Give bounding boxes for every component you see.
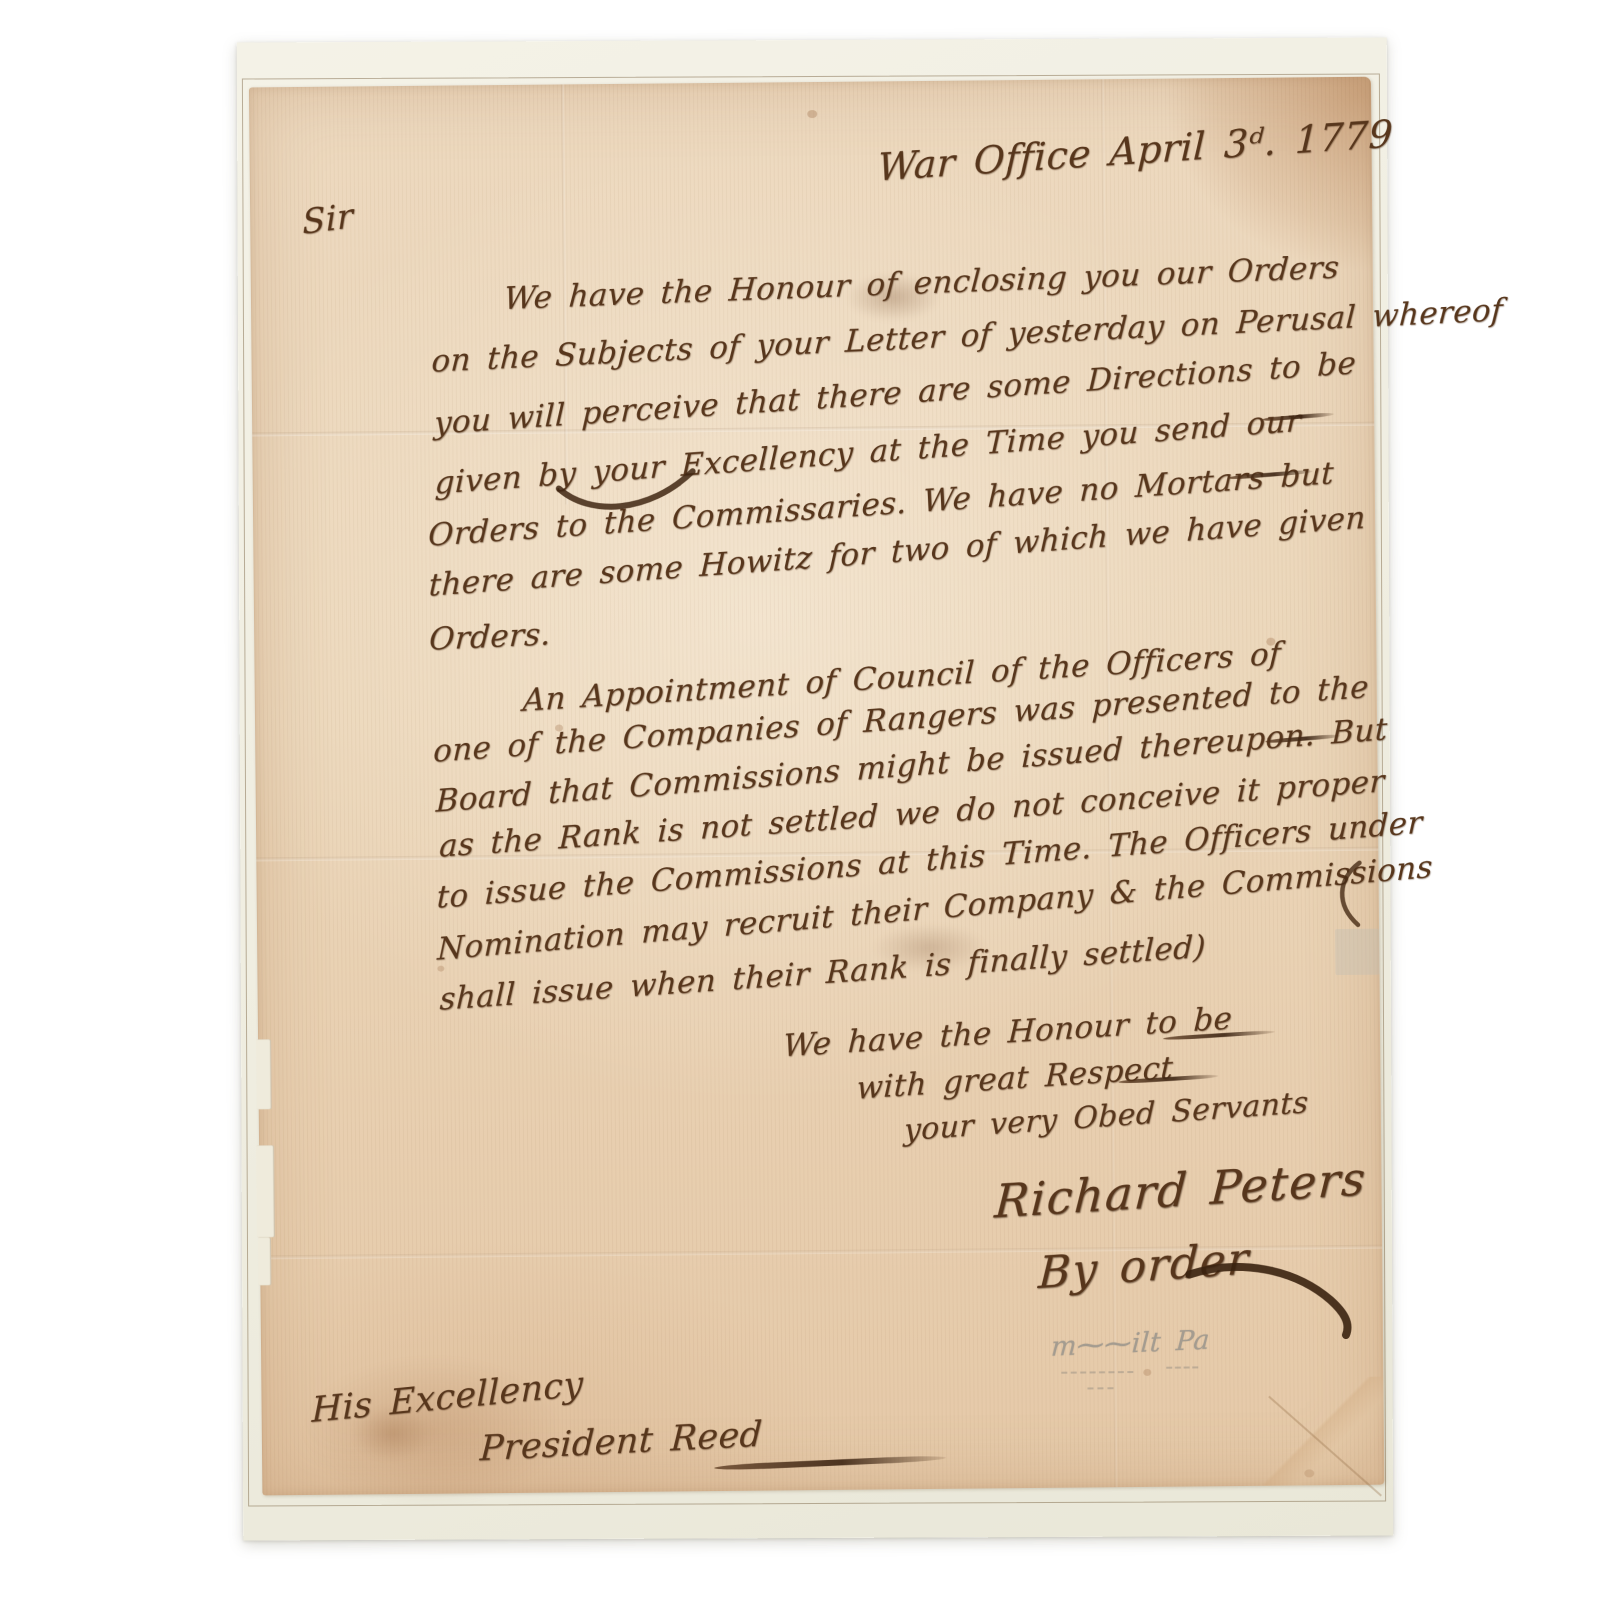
addressee-line: President Reed [479, 1415, 764, 1470]
excellency-flourish-stroke [552, 455, 713, 527]
edge-chip-2 [256, 1145, 275, 1237]
fox-spot-5 [1304, 1469, 1314, 1477]
edge-chip-1 [256, 1039, 272, 1109]
tape-patch-right-edge [1335, 929, 1379, 975]
signature-richard-peters: Richard Peters [993, 1151, 1368, 1228]
addressee-line: His Excellency [311, 1364, 583, 1431]
photo-background: War Office April 3ᵈ. 1779 Sir We have th… [0, 0, 1600, 1600]
fox-spot-1 [807, 110, 817, 118]
corner-repair-line [1268, 1396, 1382, 1497]
by-order-swash-stroke [1185, 1255, 1361, 1357]
corner-repair-fill [1261, 1377, 1384, 1486]
body-line: Orders. [428, 616, 552, 658]
letter-paper: War Office April 3ᵈ. 1779 Sir We have th… [249, 77, 1384, 1496]
pencil-underline-3 [1087, 1387, 1113, 1389]
edge-chip-3 [258, 1237, 271, 1285]
pencil-underline-2 [1166, 1366, 1198, 1368]
pen-flourish-reed-end [714, 1455, 946, 1471]
officers-under-margin-curl [1331, 859, 1372, 934]
salutation: Sir [302, 196, 354, 243]
pencil-underline-1 [1061, 1371, 1133, 1374]
heading-dateline: War Office April 3ᵈ. 1779 [877, 112, 1394, 190]
mount-sheet: War Office April 3ᵈ. 1779 Sir We have th… [237, 37, 1394, 1540]
fox-spot-4 [1143, 1369, 1151, 1376]
